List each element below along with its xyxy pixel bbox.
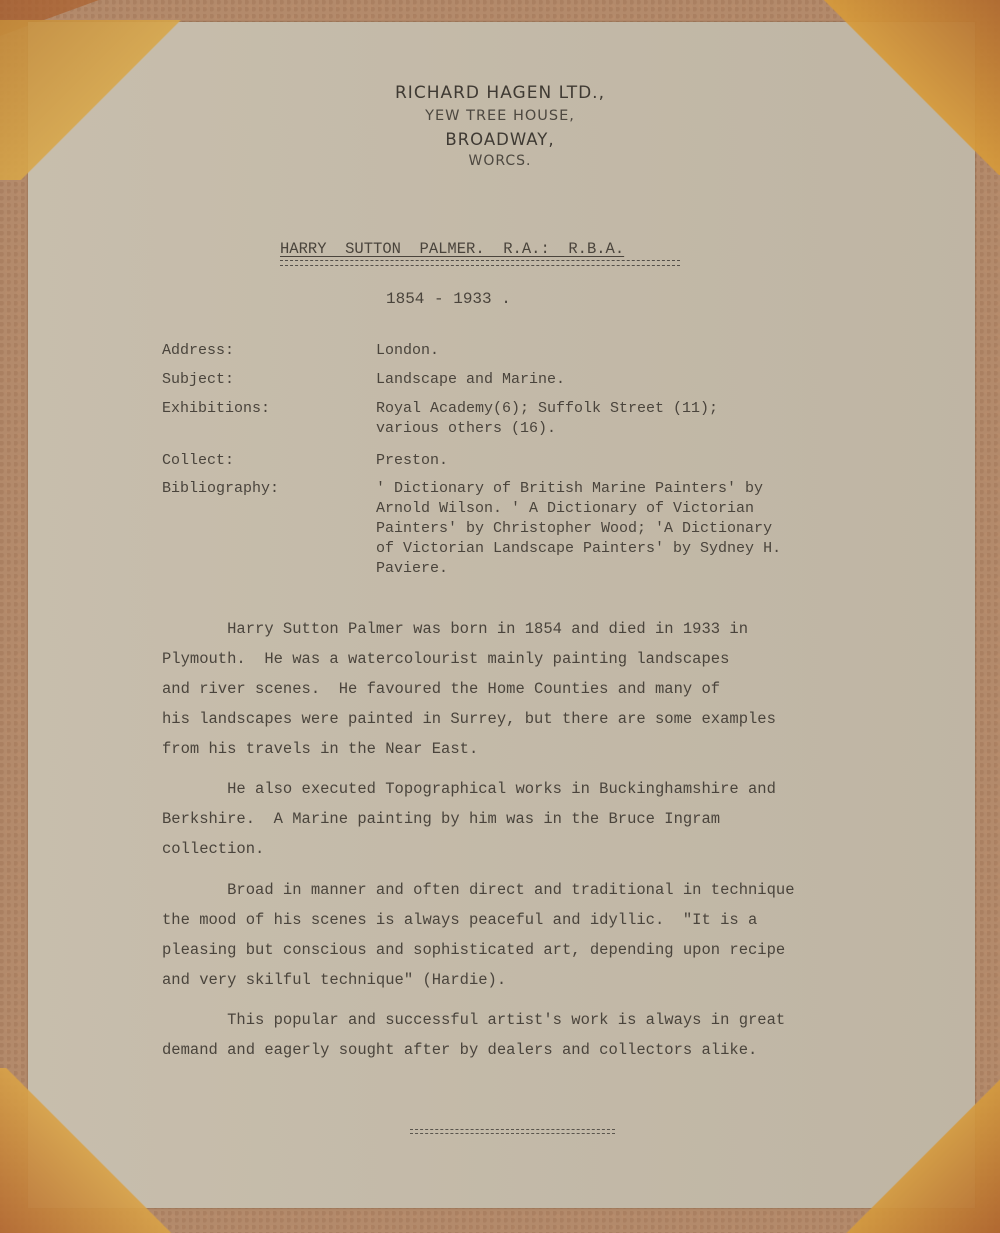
letterhead-county: WORCS. (0, 153, 1000, 169)
corner-tape-bottom-left (0, 1068, 190, 1233)
letterhead-house: YEW TREE HOUSE, (0, 108, 1000, 124)
artist-heading: HARRY SUTTON PALMER. R.A.: R.B.A. (280, 240, 624, 258)
field-exhibitions-label: Exhibitions: (162, 399, 270, 419)
letterhead-company: RICHARD HAGEN LTD., (0, 83, 1000, 103)
paragraph-topographical: He also executed Topographical works in … (162, 774, 776, 864)
field-bibliography-value: ' Dictionary of British Marine Painters'… (376, 479, 781, 579)
artist-dates: 1854 - 1933 . (386, 290, 511, 308)
field-bibliography-label: Bibliography: (162, 479, 279, 499)
field-address-label: Address: (162, 341, 234, 361)
field-collect-label: Collect: (162, 451, 234, 471)
end-double-rule (410, 1129, 615, 1134)
paragraph-style: Broad in manner and often direct and tra… (162, 875, 795, 995)
heading-double-rule (280, 260, 680, 266)
field-subject-value: Landscape and Marine. (376, 370, 565, 390)
corner-tape-bottom-right (840, 1075, 1000, 1233)
field-exhibitions-value: Royal Academy(6); Suffolk Street (11); v… (376, 399, 718, 439)
field-subject-label: Subject: (162, 370, 234, 390)
letterhead-town: BROADWAY, (0, 130, 1000, 149)
field-collect-value: Preston. (376, 451, 448, 471)
field-address-value: London. (376, 341, 439, 361)
paragraph-demand: This popular and successful artist's wor… (162, 1005, 785, 1065)
paragraph-biography: Harry Sutton Palmer was born in 1854 and… (162, 614, 776, 764)
